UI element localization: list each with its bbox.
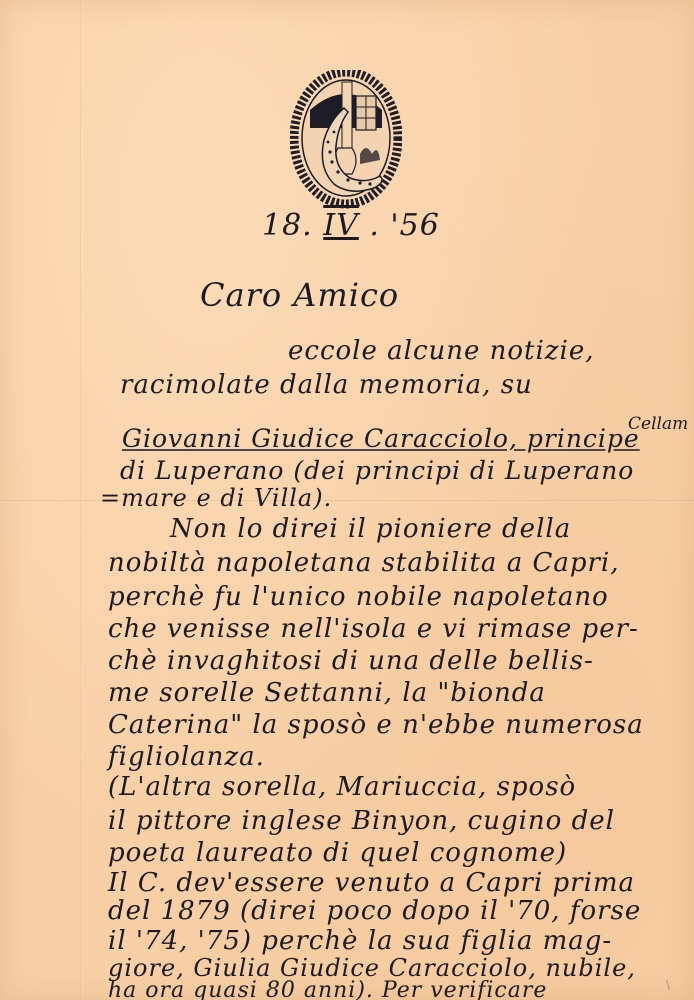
letter-line: chè invaghitosi di una delle bellis- xyxy=(108,646,594,676)
date-year: . '56 xyxy=(369,208,440,243)
letter-line: che venisse nell'isola e vi rimase per- xyxy=(108,614,639,644)
salutation: Caro Amico xyxy=(200,276,399,314)
peacock-emblem-icon xyxy=(290,70,402,210)
letter-line: (L'altra sorella, Mariuccia, sposò xyxy=(108,772,576,802)
letter-line: Giovanni Giudice Caracciolo, principe xyxy=(122,424,640,453)
letter-line: Il C. dev'essere venuto a Capri prima xyxy=(108,868,635,898)
letter-line: Non lo direi il pioniere della xyxy=(170,514,571,544)
letter-line: nobiltà napoletana stabilita a Capri, xyxy=(108,548,620,578)
date-month: IV xyxy=(323,208,359,243)
date-day: 18. xyxy=(262,208,313,243)
letter-line: il '74, '75) perchè la sua figlia mag- xyxy=(108,926,612,956)
page-mark: \ xyxy=(666,978,670,992)
letter-line: figliolanza. xyxy=(108,742,265,772)
letter-date: 18. IV . '56 xyxy=(262,208,440,243)
letter-line: me sorelle Settanni, la "bionda xyxy=(108,678,546,708)
letter-line: perchè fu l'unico nobile napoletano xyxy=(108,582,609,612)
letter-line: del 1879 (direi poco dopo il '70, forse xyxy=(108,896,641,926)
letter-page: 18. IV . '56 Caro Amico eccole alcune no… xyxy=(0,0,694,1000)
letter-line: poeta laureato di quel cognome) xyxy=(108,838,567,868)
letter-line: il pittore inglese Binyon, cugino del xyxy=(108,806,615,836)
paper-fold-vertical xyxy=(80,0,81,1000)
letter-line: Caterina" la sposò e n'ebbe numerosa xyxy=(108,710,644,740)
letter-line: di Luperano (dei principi di Luperano xyxy=(120,456,634,485)
letter-line: =mare e di Villa). xyxy=(100,484,332,512)
letter-line: racimolate dalla memoria, su xyxy=(120,370,533,400)
letter-line: eccole alcune notizie, xyxy=(288,336,594,366)
letter-line: ha ora quasi 80 anni). Per verificare xyxy=(108,978,547,1000)
